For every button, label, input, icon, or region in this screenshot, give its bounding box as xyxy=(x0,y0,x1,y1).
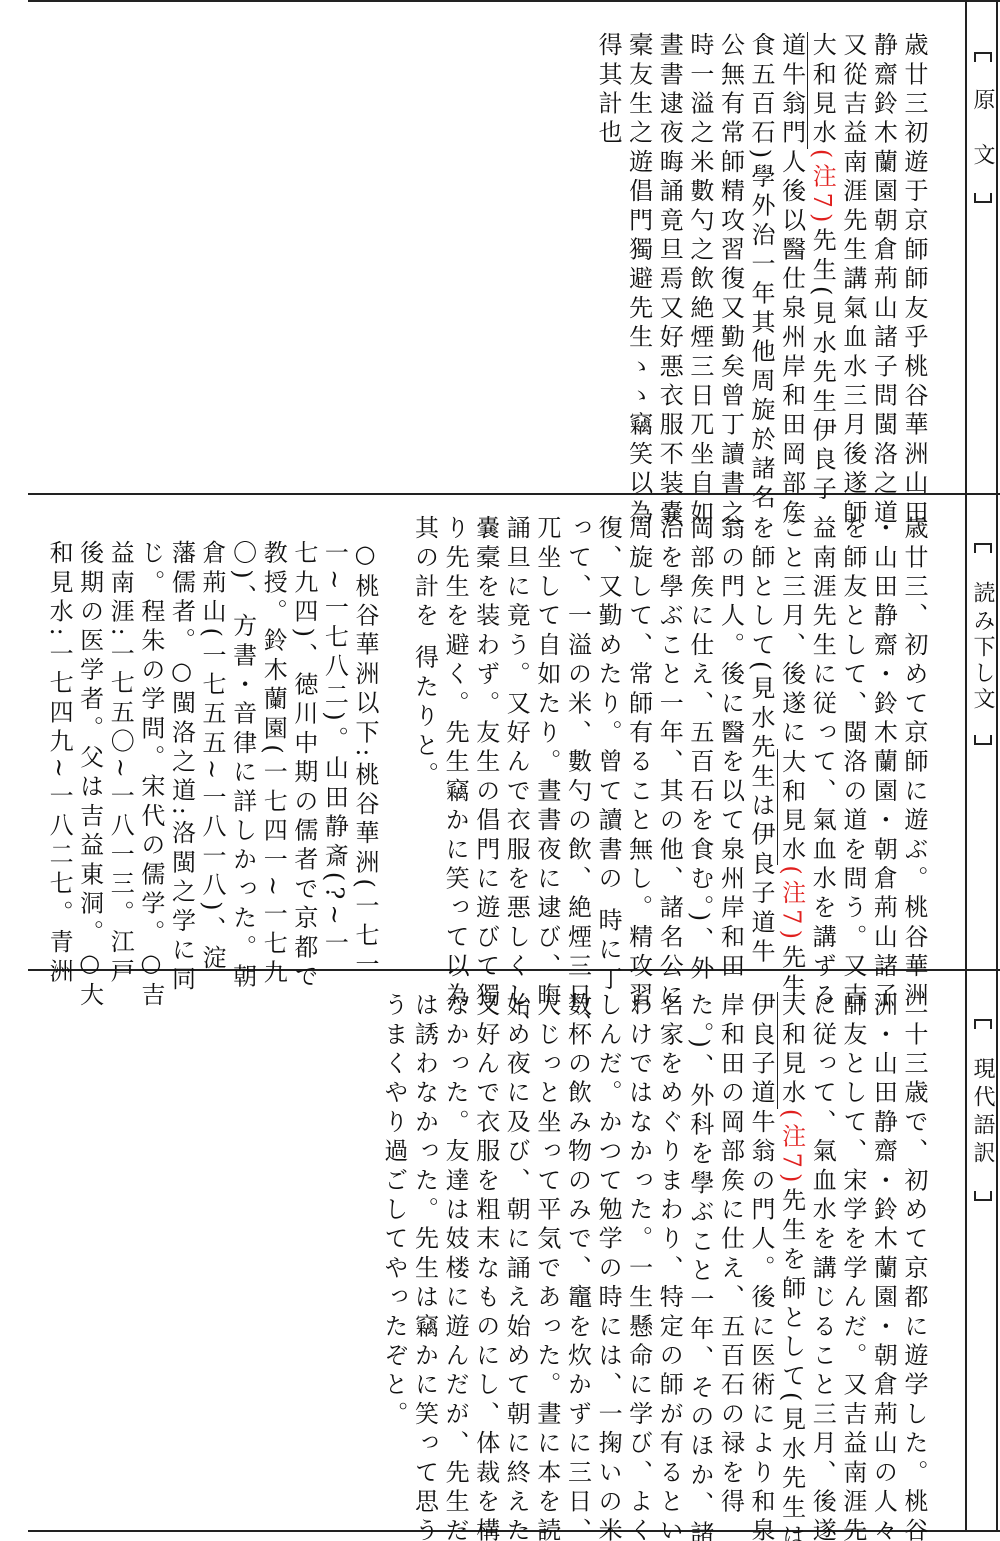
text-column: 岸和田の岡部矦に仕え、五百石の禄を得 xyxy=(715,992,746,1522)
text-column: 誦旦に竟う。又好んで衣服を悪しくし、 xyxy=(501,515,532,960)
text-column: た。)、外科を學ぶこと一年、そのほか、諸 xyxy=(684,992,715,1522)
text-column: 師友として、宋学を学んだ。又吉益南涯先生 xyxy=(837,992,868,1522)
label-char: 訳 xyxy=(967,1141,997,1163)
label-char: み xyxy=(967,609,997,631)
text-column: 食五百石)學外治一年其他周旋於諸名 xyxy=(745,32,776,482)
text-column: 公無有常師精攻習復又勤矣曾丁讀書之 xyxy=(715,32,746,482)
label-char: 下 xyxy=(967,635,997,657)
text-column-with-note: 大和見水(注7)先生を師として(見水先生は xyxy=(776,992,807,1522)
original-columns: 歳廿三初遊于京師師友乎桃谷華洲山田 静齋鈴木蘭園朝倉荊山諸子問閩洛之道 又從吉益… xyxy=(592,32,929,482)
label-original: 原 文 xyxy=(967,0,997,493)
note-column: 和見水:一七四九~一八二七。青洲 xyxy=(43,540,74,985)
text-column: 兀坐して自如たり。晝書夜に逮び、晦 xyxy=(531,515,562,960)
text-column: 名家をめぐりまわり、特定の師が有るという xyxy=(654,992,685,1522)
text-column: 洲・山田静齋・鈴木蘭園・朝倉荊山の人々を xyxy=(868,992,899,1522)
yomikudashi-columns: 歳廿三、初めて京師に遊ぶ。桃谷華洲 ・山田静齋・鈴木蘭園・朝倉荊山諸子 を師友と… xyxy=(409,515,929,960)
note-column: 一~一七八二)。山田静斎(?~一 xyxy=(319,540,350,985)
top-rule xyxy=(28,0,1000,2)
text-column: を師友として、閩洛の道を問う。又吉 xyxy=(837,515,868,960)
text-column: 又從吉益南涯先生講氣血水三月後遂師 xyxy=(837,32,868,482)
modern-columns: 二十三歳で、初めて京都に遊学した。桃谷華 洲・山田静齋・鈴木蘭園・朝倉荊山の人々… xyxy=(378,992,929,1522)
note-column: 益南涯:一七五〇~一八一三。江戸 xyxy=(105,540,136,985)
label-yomikudashi: 読 み 下 し 文 xyxy=(967,495,997,969)
bracket-close-icon xyxy=(974,735,992,745)
text-column: 益南涯先生に従って、氣血水を講ずる xyxy=(807,515,838,960)
text-column: 静齋鈴木蘭園朝倉荊山諸子問閩洛之道 xyxy=(868,32,899,482)
text-column: り先生を避く。先生竊かに笑って以為 xyxy=(440,515,471,960)
text-column: うまくやり過ごしてやったぞと。 xyxy=(378,992,409,1522)
label-modern: 現 代 語 訳 xyxy=(967,971,997,1531)
label-char: 代 xyxy=(967,1085,997,1107)
label-char: 読 xyxy=(967,581,997,603)
text-column: 時一溢之米數勺之飲絶煙三日兀坐自如 xyxy=(684,32,715,482)
text-column: なかった。友達は妓楼に遊んだが、先生だけ xyxy=(440,992,471,1522)
notes-columns: ○桃谷華洲以下:桃谷華洲(一七一 一~一七八二)。山田静斎(?~一 七九四)、徳… xyxy=(43,540,380,985)
text-column-with-note: 大和見水(注7)先生(見水先生伊良子 xyxy=(807,32,838,482)
text-column: 始め夜に及び、朝に誦え始めて朝に終えた。 xyxy=(501,992,532,1522)
bracket-open-icon xyxy=(974,52,992,62)
note-column: 七九四)、徳川中期の儒者で京都で xyxy=(288,540,319,985)
text-column: 歳廿三初遊于京師師友乎桃谷華洲山田 xyxy=(898,32,929,482)
label-char: 現 xyxy=(967,1057,997,1079)
label-char: し xyxy=(967,661,997,683)
note-column: ○桃谷華洲以下:桃谷華洲(一七一 xyxy=(349,540,380,985)
text-column: 復、又勤めたり。曾て讀書の 時に丁 xyxy=(592,515,623,960)
marked-name: 大和見水 xyxy=(777,749,806,866)
text-column-with-note: こと三月、後遂に大和見水(注7)先生 xyxy=(776,515,807,960)
note-column: 〇)、方書・音律に詳しかった。朝 xyxy=(227,540,258,985)
note-column: 藩儒者。○閩洛之道:洛閩之学に同 xyxy=(166,540,197,985)
text-column: 嚢槖を装わず。友生の倡門に遊びて獨 xyxy=(470,515,501,960)
text-column: 道牛翁門人後以醫仕泉州岸和田岡部矦 xyxy=(776,32,807,482)
text-column: 人じっと坐って平気であった。晝に本を読み xyxy=(531,992,562,1522)
text-column: 岡部矦に仕え、五百石を食む。)、外 xyxy=(684,515,715,960)
text-column: 周旋して、常師有ること無し。精攻習 xyxy=(623,515,654,960)
section-modern-translation: 二十三歳で、初めて京都に遊学した。桃谷華 洲・山田静齋・鈴木蘭園・朝倉荊山の人々… xyxy=(28,992,965,1522)
section-original-text: 歳廿三初遊于京師師友乎桃谷華洲山田 静齋鈴木蘭園朝倉荊山諸子問閩洛之道 又從吉益… xyxy=(28,32,965,482)
bracket-open-icon xyxy=(974,1019,992,1029)
text-column: を師として(見水先生は伊良子道牛 xyxy=(745,515,776,960)
text-column: しんだ。かつて勉学の時には、一掬いの米、 xyxy=(592,992,623,1522)
text-column: 其の計を 得たりと。 xyxy=(409,515,440,960)
label-char: 原 xyxy=(967,88,997,110)
text-column: 又好んで衣服を粗末なものにし、体裁を構わ xyxy=(470,992,501,1522)
note-marker-7[interactable]: (注7) xyxy=(808,149,836,228)
note-column: じ。程朱の学問。宋代の儒学。○吉 xyxy=(135,540,166,985)
bracket-close-icon xyxy=(974,193,992,203)
label-char: 語 xyxy=(967,1113,997,1135)
note-marker-7[interactable]: (注7) xyxy=(778,865,806,944)
text-column: ・山田静齋・鈴木蘭園・朝倉荊山諸子 xyxy=(868,515,899,960)
section-yomikudashi: 歳廿三、初めて京師に遊ぶ。桃谷華洲 ・山田静齋・鈴木蘭園・朝倉荊山諸子 を師友と… xyxy=(28,515,965,960)
text-column: 槖友生之遊倡門獨避先生ゝゝ竊笑以為 xyxy=(623,32,654,482)
bracket-open-icon xyxy=(974,543,992,553)
note-marker-7[interactable]: (注7) xyxy=(778,1109,806,1188)
marked-name: 大和見水 xyxy=(777,992,806,1109)
text-column: わけではなかった。一生懸命に学び、よく勤 xyxy=(623,992,654,1522)
text-column: 歳廿三、初めて京師に遊ぶ。桃谷華洲 xyxy=(898,515,929,960)
note-column: 倉荊山(一七五五~一八一八)、淀 xyxy=(196,540,227,985)
note-column: 教授。鈴木蘭園(一七四一~一七九 xyxy=(258,540,289,985)
text-column: に従って、氣血水を講じること三月、後遂に xyxy=(807,992,838,1522)
text-column: 晝書逮夜晦誦竟旦焉又好悪衣服不装嚢 xyxy=(654,32,685,482)
label-char: 文 xyxy=(967,687,997,709)
text-column: 治を學ぶこと一年、其の他、諸名公に xyxy=(654,515,685,960)
text-column: は誘わなかった。先生は竊かに笑って思うに、 xyxy=(409,992,440,1522)
text-column: 伊良子道牛翁の門人。後に医術により和泉国 xyxy=(745,992,776,1522)
label-char: 文 xyxy=(967,143,997,165)
marked-name: 大和見水 xyxy=(807,32,836,149)
text-column: 数杯の飲み物のみで、竈を炊かずに三日、一 xyxy=(562,992,593,1522)
text-column: 翁の門人。後に醫を以て泉州岸和田 xyxy=(715,515,746,960)
text-column: 二十三歳で、初めて京都に遊学した。桃谷華 xyxy=(898,992,929,1522)
text-column: って、一溢の米、數勺の飲、絶煙三日、 xyxy=(562,515,593,960)
text-column: 得其計也 xyxy=(592,32,623,482)
note-column: 後期の医学者。父は吉益東洞。○大 xyxy=(74,540,105,985)
bracket-close-icon xyxy=(974,1191,992,1201)
